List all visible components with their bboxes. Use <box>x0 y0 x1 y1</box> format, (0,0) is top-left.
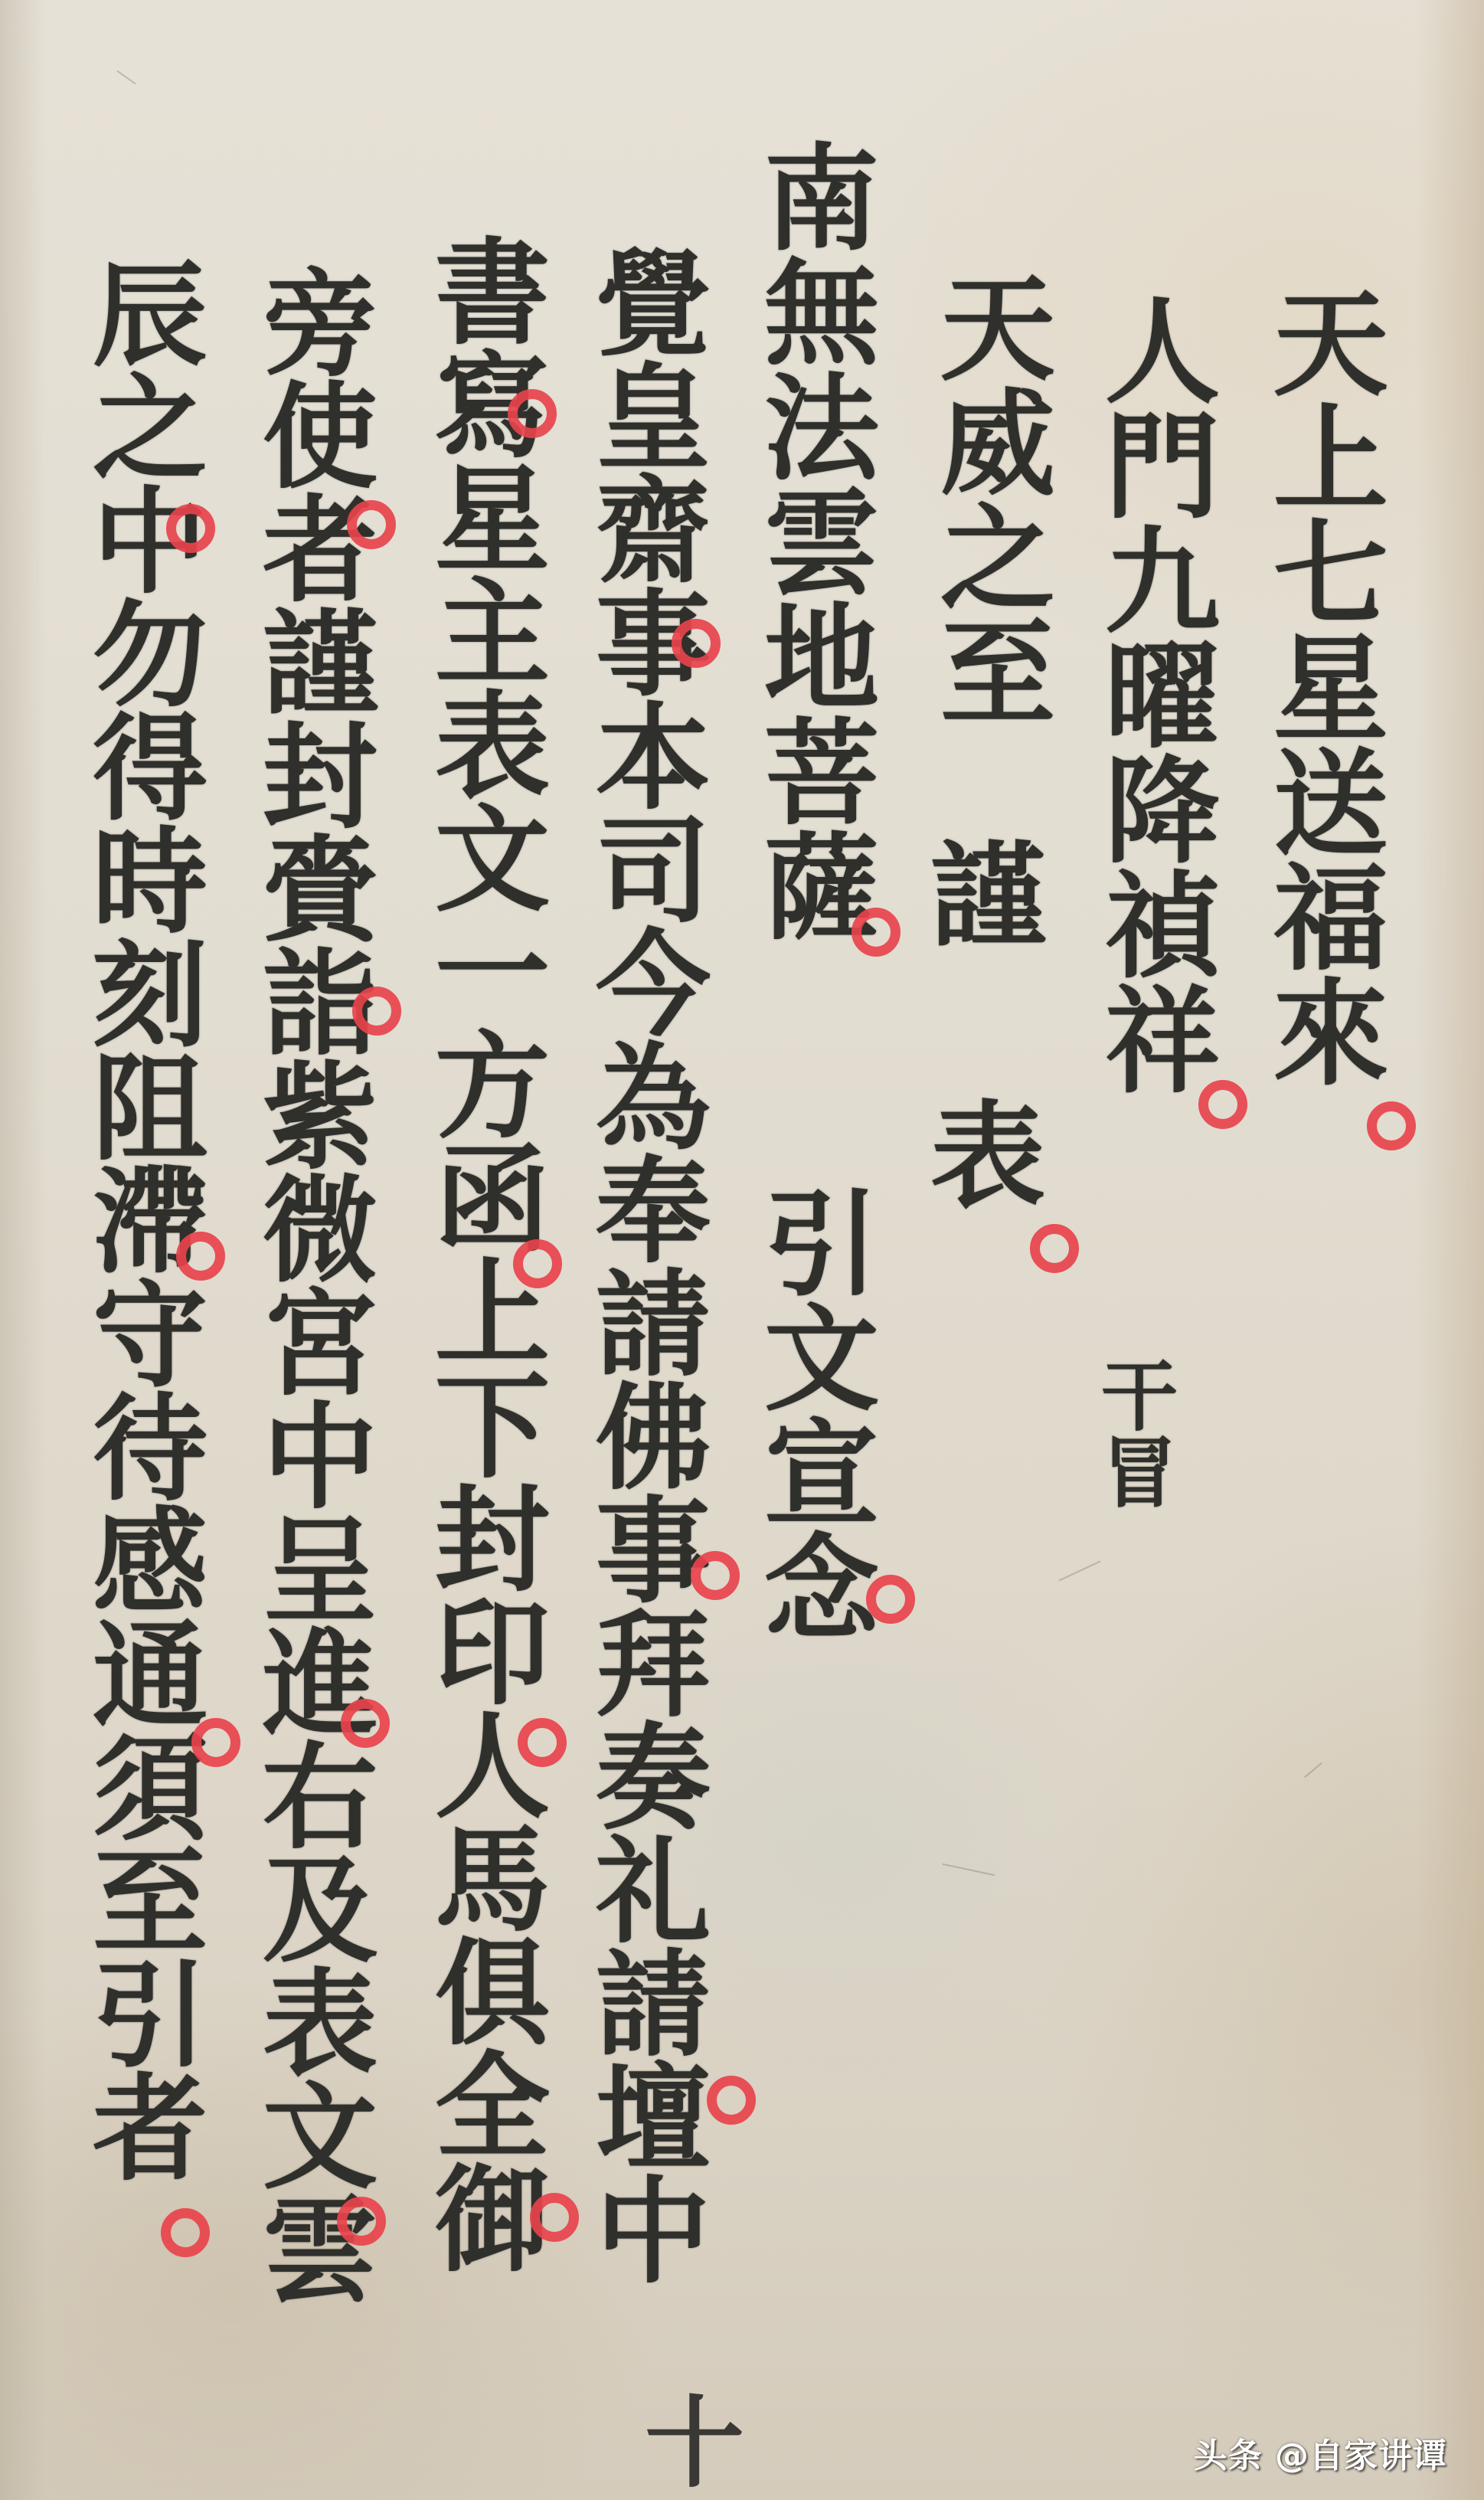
page-fold-shadow <box>0 0 46 2500</box>
paper-fiber <box>943 1864 995 1877</box>
red-circle-mark <box>513 1239 562 1288</box>
red-circle-mark <box>347 500 396 549</box>
red-circle-mark <box>852 908 901 957</box>
red-circle-mark <box>866 1575 915 1624</box>
column-3-text-a: 天威之至 <box>923 253 1053 743</box>
page-edge-stain <box>1415 0 1484 2500</box>
red-circle-mark <box>518 1718 567 1767</box>
paper-fiber <box>1304 1762 1322 1778</box>
column-1-text: 天上七星送福來 <box>1256 257 1386 1114</box>
paper-fiber <box>116 70 136 85</box>
red-circle-mark <box>337 2197 386 2246</box>
column-3-text-c: 表 <box>923 1095 1053 1218</box>
red-circle-mark <box>191 1718 240 1767</box>
red-circle-mark <box>508 389 557 438</box>
text-column-2: 人門九曜降禎祥 <box>1087 264 1218 1122</box>
paper-fiber <box>1058 1560 1100 1581</box>
red-circle-mark <box>161 2208 210 2257</box>
red-circle-mark <box>1198 1080 1247 1129</box>
manuscript-page: 天上七星送福來 人門九曜降禎祥 天威之至 謹 表 干冒 南無法雲地菩薩 引文宣念… <box>0 0 1484 2500</box>
red-circle-mark <box>530 2193 579 2242</box>
text-column-4: 南無法雲地菩薩 引文宣念 <box>747 138 877 1647</box>
watermark-text: 头条 @自家讲谭 <box>1194 2428 1447 2477</box>
red-circle-mark <box>176 1232 225 1281</box>
column-4-text-b: 引文宣念 <box>747 1180 877 1647</box>
text-column-3: 天威之至 謹 表 <box>923 253 1053 1218</box>
column-2-text: 人門九曜降禎祥 <box>1087 264 1218 1122</box>
text-column-3-small: 干冒 <box>1087 1333 1179 1532</box>
text-column-5: 覺皇齋事本司今為奉請佛事拜奏礼請壇中 <box>578 169 708 2359</box>
red-circle-mark <box>341 1699 390 1748</box>
column-3-text-b: 謹 <box>923 835 1053 957</box>
red-circle-mark <box>166 504 215 553</box>
text-column-1: 天上七星送福來 <box>1256 257 1386 1114</box>
red-circle-mark <box>691 1551 740 1600</box>
column-3-small-text: 干冒 <box>1087 1333 1179 1532</box>
red-circle-mark <box>1367 1101 1416 1150</box>
page-number: 十 <box>645 2390 744 2497</box>
red-circle-mark <box>1030 1224 1079 1273</box>
red-circle-mark <box>707 2076 756 2125</box>
column-4-text-a: 南無法雲地菩薩 <box>747 138 877 942</box>
red-circle-mark <box>672 619 721 668</box>
red-circle-mark <box>352 987 401 1036</box>
column-5-text: 覺皇齋事本司今為奉請佛事拜奏礼請壇中 <box>578 169 708 2359</box>
